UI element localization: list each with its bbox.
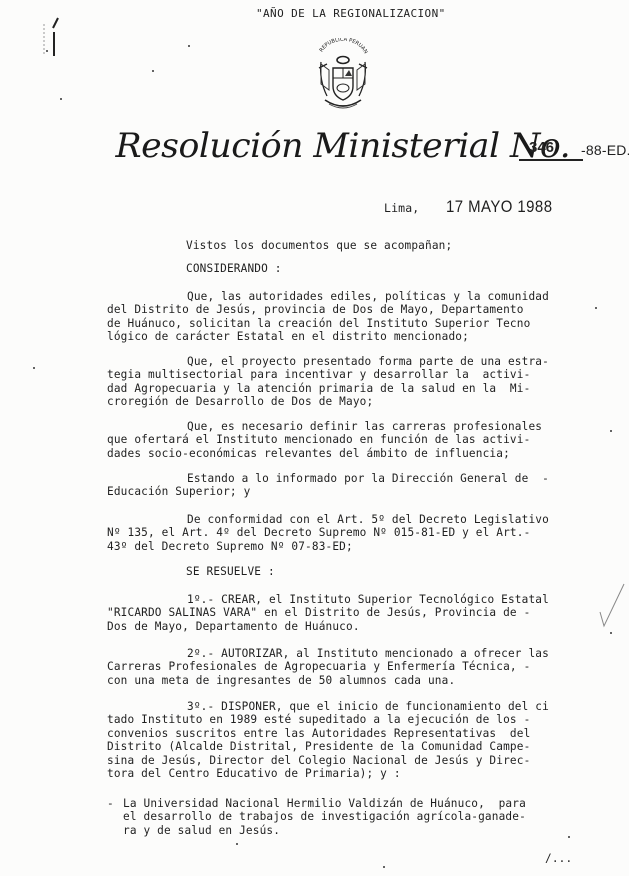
line: tado Instituto en 1989 esté supeditado a… [107,713,549,726]
line: lógico de carácter Estatal en el distrit… [107,330,549,343]
line: el desarrollo de trabajos de investigaci… [123,810,526,823]
line: dad Agropecuaria y la atención primaria … [107,382,549,395]
scan-speck [568,836,570,838]
bullet-item: La Universidad Nacional Hermilio Valdizá… [123,797,526,837]
scan-speck [60,98,62,100]
line: dades socio-económicas relevantes del ám… [107,447,542,460]
line: "RICARDO SALINAS VARA" en el Distrito de… [107,606,549,619]
line: Educación Superior; y [107,485,549,498]
date-stamp: 17 MAYO 1988 [446,197,552,217]
considerando-4: Estando a lo informado por la Dirección … [107,472,549,499]
date-label: Lima, [384,202,419,215]
se-resuelve-heading: SE RESUELVE : [186,565,275,578]
scan-speck [595,307,597,309]
line: del Distrito de Jesús, provincia de Dos … [107,303,549,316]
line: tora del Centro Educativo de Primaria); … [107,767,549,780]
bullet-marker: - [107,797,114,810]
handwritten-mark-icon [40,10,70,70]
articulo-3: 3º.- DISPONER, que el inicio de funciona… [107,700,549,780]
scan-speck [610,430,612,432]
vistos-line: Vistos los documentos que se acompañan; [186,239,452,252]
svg-text:REPUBLICA PERUANA: REPUBLICA PERUANA [315,38,369,55]
line: Dos de Mayo, Departamento de Huánuco. [107,620,549,633]
resolution-suffix: -88-ED. [581,142,629,158]
scan-speck [610,632,612,634]
scan-speck [46,50,48,52]
line: Que, es necesario definir las carreras p… [107,420,542,433]
line: croregión de Desarrollo de Dos de Mayo; [107,395,549,408]
line: 1º.- CREAR, el Instituto Superior Tecnol… [107,593,549,606]
line: Carreras Profesionales de Agropecuaria y… [107,660,549,673]
resolution-title: Resolución Ministerial No. [116,126,571,166]
articulo-1: 1º.- CREAR, el Instituto Superior Tecnol… [107,593,549,633]
considerando-3: Que, es necesario definir las carreras p… [107,420,542,460]
line: 43º del Decreto Supremo Nº 07-83-ED; [107,540,549,553]
considerando-2: Que, el proyecto presentado forma parte … [107,355,549,409]
motto-header: "AÑO DE LA REGIONALIZACION" [256,7,446,20]
considerando-5: De conformidad con el Art. 5º del Decret… [107,513,549,553]
considerando-1: Que, las autoridades ediles, políticas y… [107,290,549,344]
line: tegia multisectorial para incentivar y d… [107,368,549,381]
line: Que, el proyecto presentado forma parte … [107,355,549,368]
line: De conformidad con el Art. 5º del Decret… [107,513,549,526]
line: ra y de salud en Jesús. [123,824,526,837]
document-page: "AÑO DE LA REGIONALIZACION" REPUBLICA PE… [0,0,629,876]
scan-speck [33,367,35,369]
scan-speck [236,843,238,845]
continuation-mark: /... [545,852,572,865]
line: sina de Jesús, Director del Colegio Naci… [107,754,549,767]
line: 2º.- AUTORIZAR, al Instituto mencionado … [107,647,549,660]
line: Distrito (Alcalde Distrital, Presidente … [107,740,549,753]
coat-of-arms-peru-icon: REPUBLICA PERUANA [315,38,371,114]
resolution-number: 346 [529,139,554,156]
articulo-2: 2º.- AUTORIZAR, al Instituto mencionado … [107,647,549,687]
line: La Universidad Nacional Hermilio Valdizá… [123,797,526,810]
line: Nº 135, el Art. 4º del Decreto Supremo N… [107,526,549,539]
resolution-number-underline [519,159,583,161]
line: Estando a lo informado por la Dirección … [107,472,549,485]
line: convenios suscritos entre las Autoridade… [107,727,549,740]
considerando-heading: CONSIDERANDO : [186,262,282,275]
checkmark-icon [596,582,626,632]
line: de Huánuco, solicitan la creación del In… [107,317,549,330]
scan-speck [152,70,154,72]
line: con una meta de ingresantes de 50 alumno… [107,674,549,687]
line: que ofertará el Instituto mencionado en … [107,433,542,446]
line: Que, las autoridades ediles, políticas y… [107,290,549,303]
line: 3º.- DISPONER, que el inicio de funciona… [107,700,549,713]
scan-speck [383,866,385,868]
scan-speck [188,45,190,47]
